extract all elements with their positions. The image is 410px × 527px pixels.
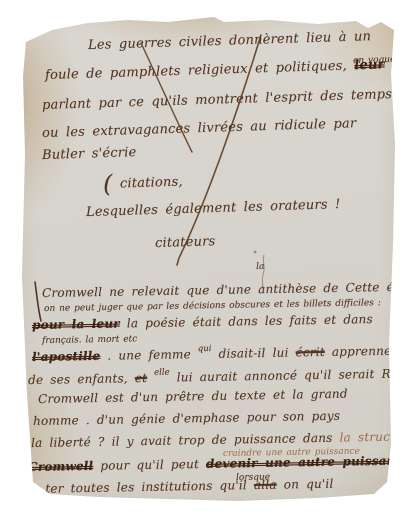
manuscript-page: Les guerres civiles donnèrent lieu à un …	[18, 14, 398, 506]
handwritten-line: veulent donner	[28, 497, 126, 513]
line-text: disait-il lui	[218, 346, 288, 361]
light-ink-text: la structure	[339, 429, 410, 444]
interline-insertion: la	[256, 262, 265, 272]
line-text: et ter toutes les institutions qu'il	[26, 478, 247, 496]
handwritten-line: ou les extravagances livrées au ridicule…	[42, 116, 357, 141]
struck-word: écrit	[295, 345, 324, 360]
handwritten-line: Butler s'écrie	[42, 145, 137, 163]
line-text: la poésie était dans les faits et dans	[127, 312, 373, 330]
interline-insertion: français. la mort etc	[42, 334, 137, 346]
interline-insertion: en vogue	[353, 55, 396, 66]
handwritten-line: de ses enfants, et elle lui aurait annon…	[28, 363, 402, 387]
interline-insertion: elle	[154, 368, 170, 378]
line-text: . une femme	[107, 347, 191, 362]
parenthesis-mark: (	[103, 170, 113, 198]
line-text: citations,	[120, 174, 183, 191]
pink-ink-dot	[28, 494, 34, 500]
struck-phrase: pour la leur	[32, 316, 120, 332]
line-text: apprenne	[332, 344, 392, 359]
handwritten-line: citateurs	[155, 234, 216, 251]
handwritten-line: pour la leur la poésie était dans les fa…	[32, 312, 373, 332]
struck-word: Cromwell	[28, 459, 94, 474]
line-text: foule de pamphlets religieux et politiqu…	[45, 59, 347, 83]
manuscript-photo: Les guerres civiles donnèrent lieu à un …	[0, 0, 410, 527]
handwritten-line: Lesquelles également les orateurs !	[86, 197, 341, 220]
handwritten-line: ( citations,	[103, 168, 184, 198]
margin-flourish-stroke	[35, 282, 41, 321]
struck-word: et	[135, 371, 148, 385]
interline-insertion: qui	[198, 344, 212, 354]
handwritten-line: foule de pamphlets religieux et politiqu…	[45, 57, 385, 83]
handwritten-line: et ter toutes les institutions qu'il all…	[26, 477, 334, 496]
struck-word: l'apostille	[32, 349, 100, 364]
line-text: on qu'il	[284, 477, 334, 492]
line-text: de ses enfants,	[28, 371, 128, 387]
handwritten-line: Cromwell ne relevait que d'une antithèse…	[42, 279, 410, 300]
line-text: pour qu'il peut	[100, 457, 199, 473]
ink-fleck	[254, 251, 257, 254]
handwritten-line: parlant par ce qu'ils montrent l'esprit …	[42, 87, 397, 113]
handwritten-line: homme . d'un génie d'emphase pour son pa…	[33, 409, 340, 428]
struck-word: alla	[254, 478, 277, 492]
handwritten-line: on ne peut juger que par les décisions o…	[44, 298, 381, 314]
line-text: lui aurait annoncé qu'il serait Roi	[177, 366, 403, 384]
handwritten-line: Les guerres civiles donnèrent lieu à un	[88, 29, 372, 53]
handwritten-line: Cromwell est d'un prêtre du texte et la …	[38, 387, 348, 406]
line-text: Les guerres civiles donnèrent lieu à un	[88, 29, 372, 53]
